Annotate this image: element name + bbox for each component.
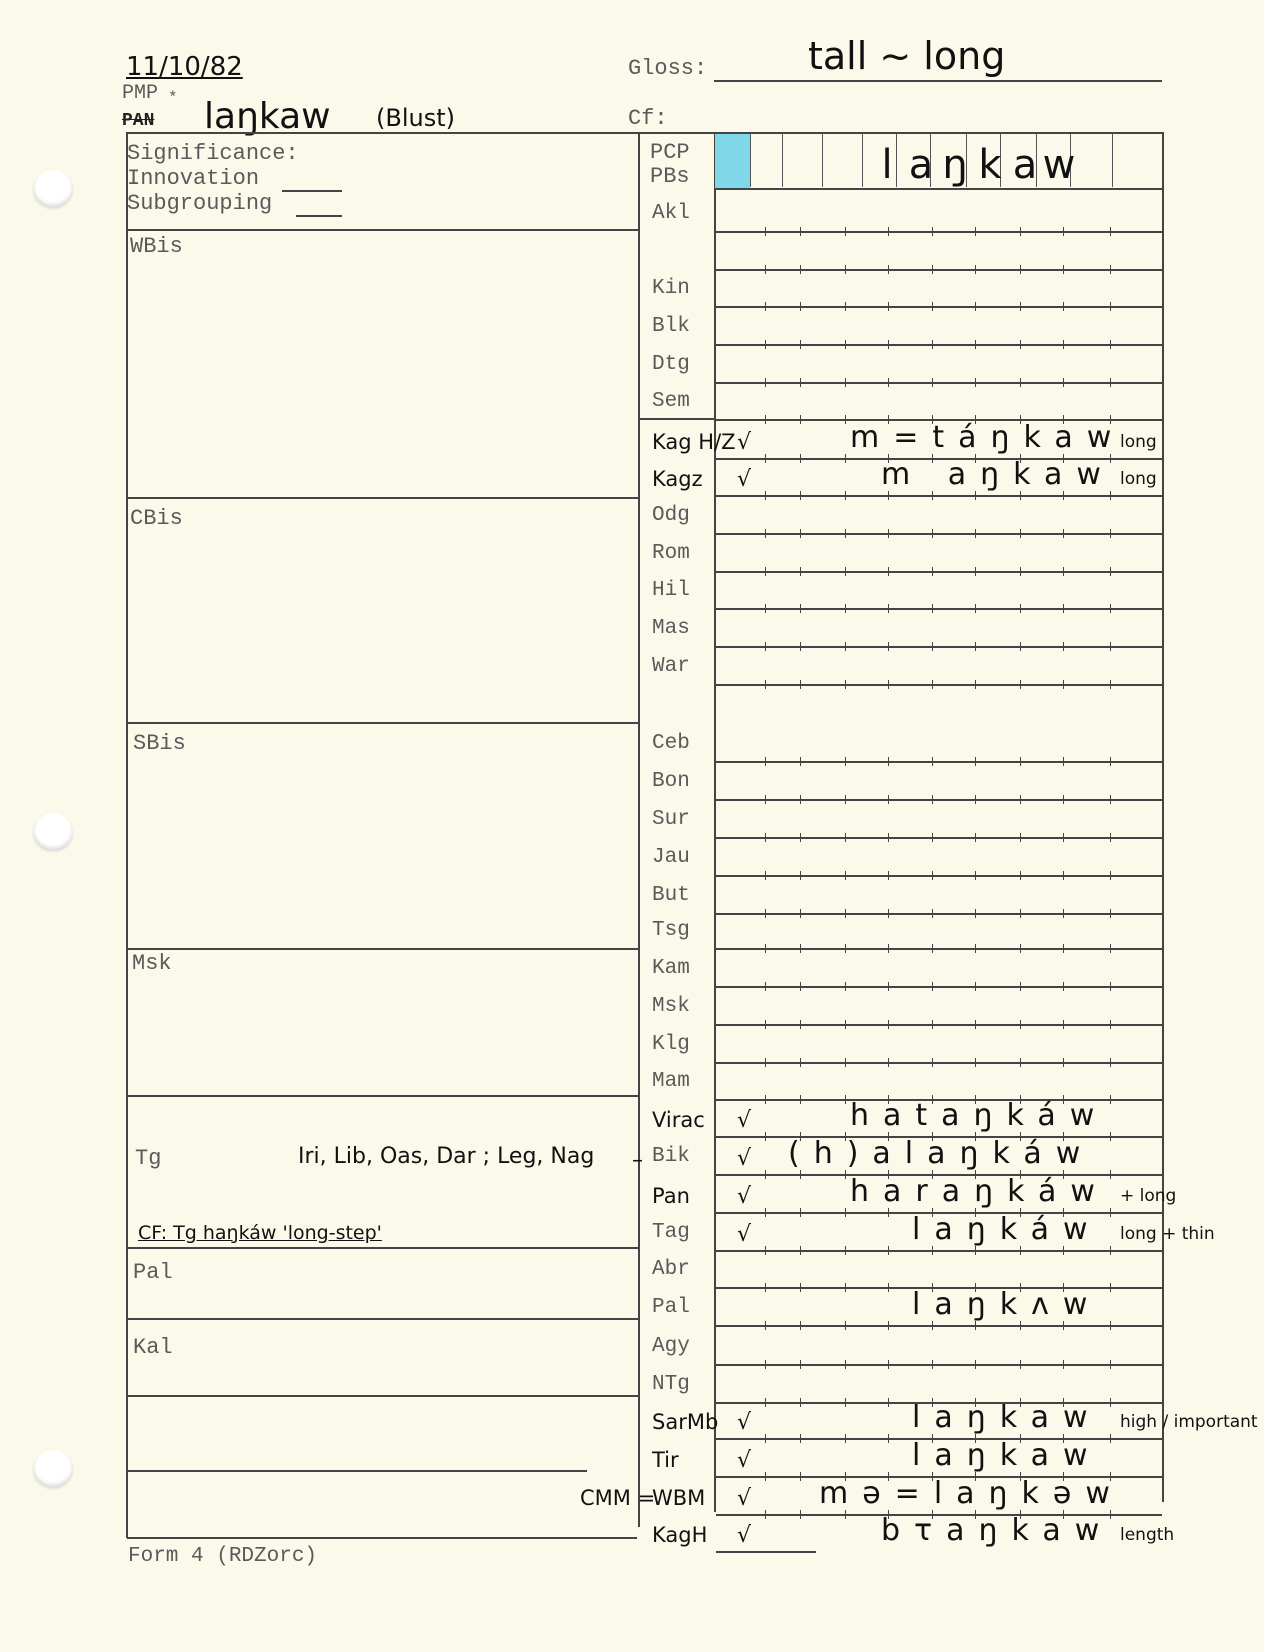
innovation-label: Innovation (127, 168, 259, 190)
section-divider (127, 497, 638, 499)
group-label-sbis: SBis (133, 733, 186, 755)
ruled-tick (888, 1246, 889, 1255)
ruled-tick (888, 227, 889, 236)
ruled-tick (845, 982, 846, 991)
ruled-tick (800, 1170, 801, 1179)
ruled-tick (1020, 757, 1021, 766)
ruled-tick (1063, 642, 1064, 651)
ruled-tick (932, 1360, 933, 1369)
form-bottom-border (127, 1537, 637, 1539)
ruled-tick (888, 529, 889, 538)
ruled-tick (1110, 567, 1111, 576)
ruled-tick (888, 491, 889, 500)
ruled-tick (975, 1058, 976, 1067)
check-mark-icon: √ (737, 1108, 751, 1133)
entry-ruled-line (716, 608, 1162, 610)
ruled-tick (888, 302, 889, 311)
ruled-tick (800, 833, 801, 842)
ruled-tick (932, 227, 933, 236)
check-mark-icon: √ (737, 430, 751, 455)
language-code: Kin (652, 278, 690, 299)
ruled-tick (1110, 491, 1111, 500)
ruled-tick (1020, 1321, 1021, 1330)
proto-letter: ŋ (938, 142, 972, 188)
ruled-tick (800, 982, 801, 991)
ruled-tick (932, 340, 933, 349)
check-mark-icon: √ (737, 467, 751, 492)
reflex-form: mə=laŋkəw (819, 1476, 1124, 1511)
check-mark-icon: √ (737, 1448, 751, 1473)
ruled-tick (800, 529, 801, 538)
entry-ruled-line (716, 837, 1162, 839)
ruled-tick (800, 265, 801, 274)
ruled-tick (845, 642, 846, 651)
ruled-tick (1063, 340, 1064, 349)
check-mark-icon: √ (737, 1523, 751, 1548)
entry-ruled-line (716, 1024, 1162, 1026)
reflex-gloss: long + thin (1120, 1224, 1215, 1244)
ruled-tick (888, 1398, 889, 1407)
ruled-tick (800, 1434, 801, 1443)
ruled-tick (975, 1360, 976, 1369)
ruled-tick (765, 757, 766, 766)
proto-cell-divider (822, 133, 823, 187)
section-divider (127, 1470, 587, 1472)
language-code: Hil (652, 580, 690, 601)
ruled-tick (932, 909, 933, 918)
proto-level-struck: PAN (122, 112, 154, 130)
ruled-tick (800, 909, 801, 918)
ruled-tick (765, 982, 766, 991)
ruled-tick (975, 982, 976, 991)
ruled-tick (845, 795, 846, 804)
ruled-tick (1063, 680, 1064, 689)
ruled-tick (1110, 1132, 1111, 1141)
language-column-divider (714, 132, 716, 1512)
ruled-tick (845, 871, 846, 880)
ruled-tick (1110, 944, 1111, 953)
ruled-tick (975, 529, 976, 538)
ruled-tick (845, 567, 846, 576)
language-code: Tir (652, 1448, 679, 1472)
form-right-border (1162, 132, 1164, 1502)
entry-ruled-line (716, 986, 1162, 988)
ruled-tick (1063, 757, 1064, 766)
check-mark-icon: √ (737, 1184, 751, 1209)
ruled-tick (1110, 680, 1111, 689)
hole-punch (33, 813, 73, 851)
entry-ruled-line (716, 495, 1162, 497)
ruled-tick (765, 227, 766, 236)
ruled-tick (800, 302, 801, 311)
ruled-tick (1110, 871, 1111, 880)
ruled-tick (932, 1321, 933, 1330)
ruled-tick (888, 378, 889, 387)
gloss-label: Gloss: (628, 58, 707, 80)
ruled-tick (765, 1283, 766, 1292)
ruled-tick (1110, 1058, 1111, 1067)
ruled-tick (888, 944, 889, 953)
ruled-tick (765, 1058, 766, 1067)
ruled-tick (845, 1510, 846, 1519)
entry-ruled-line (716, 231, 1162, 233)
ruled-tick (800, 227, 801, 236)
ruled-tick (800, 642, 801, 651)
ruled-tick (932, 529, 933, 538)
group-label-cbis: CBis (130, 508, 183, 530)
ruled-tick (1063, 909, 1064, 918)
language-prefix-note: CMM = (580, 1486, 655, 1510)
ruled-tick (800, 454, 801, 463)
ruled-tick (1020, 642, 1021, 651)
tg-dialect-note: Iri, Lib, Oas, Dar ; Leg, Nag (298, 1144, 594, 1169)
proto-letter: l (870, 142, 904, 188)
ruled-tick (1020, 227, 1021, 236)
ruled-tick (888, 265, 889, 274)
ruled-tick (765, 1020, 766, 1029)
proto-letter: w (1042, 142, 1076, 188)
ruled-tick (975, 833, 976, 842)
ruled-tick (932, 604, 933, 613)
reflex-form: laŋkáw (912, 1212, 1102, 1247)
ruled-tick (800, 604, 801, 613)
ruled-tick (1020, 604, 1021, 613)
ruled-tick (1110, 1434, 1111, 1443)
ruled-tick (1110, 1321, 1111, 1330)
ruled-tick (845, 680, 846, 689)
ruled-tick (1020, 529, 1021, 538)
ruled-tick (845, 1170, 846, 1179)
language-code: SarMb (652, 1410, 718, 1434)
section-divider (638, 418, 716, 420)
ruled-tick (1020, 795, 1021, 804)
reconstruction: laŋkaw (204, 96, 331, 137)
ruled-tick (888, 757, 889, 766)
ruled-tick (765, 795, 766, 804)
ruled-tick (765, 1360, 766, 1369)
ruled-tick (845, 491, 846, 500)
language-code: Akl (652, 203, 690, 224)
ruled-tick (845, 944, 846, 953)
language-code: Blk (652, 316, 690, 337)
language-code: Mam (652, 1071, 690, 1092)
ruled-tick (765, 909, 766, 918)
ruled-tick (932, 680, 933, 689)
group-label-tg: Tg (135, 1148, 161, 1170)
proto-form: laŋkaw (870, 142, 1076, 188)
ruled-tick (845, 604, 846, 613)
reflex-gloss: + long (1120, 1186, 1176, 1206)
attribution: (Blust) (376, 104, 455, 132)
ruled-tick (765, 378, 766, 387)
ruled-tick (1063, 529, 1064, 538)
ruled-tick (800, 1472, 801, 1481)
ruled-tick (845, 833, 846, 842)
ruled-tick (845, 1246, 846, 1255)
ruled-tick (1020, 680, 1021, 689)
reflex-form: m aŋkaw (881, 457, 1115, 492)
ruled-tick (1110, 1095, 1111, 1104)
ruled-tick (975, 265, 976, 274)
ruled-tick (1063, 1360, 1064, 1369)
entry-ruled-line (716, 913, 1162, 915)
reflex-form: m=táŋkaw (850, 420, 1125, 455)
language-code: Sem (652, 391, 690, 412)
subgrouping-blank[interactable] (296, 215, 342, 217)
ruled-tick (765, 1095, 766, 1104)
gloss-value: tall ~ long (808, 34, 1005, 78)
entry-ruled-line (716, 875, 1162, 877)
tg-cf-note: CF: Tg haŋkáw 'long-step' (138, 1222, 382, 1244)
ruled-tick (1110, 529, 1111, 538)
ruled-tick (1020, 1058, 1021, 1067)
ruled-tick (932, 265, 933, 274)
ruled-tick (975, 302, 976, 311)
ruled-tick (845, 1208, 846, 1217)
group-label-pal: Pal (133, 1262, 173, 1284)
bracket-dash: – (632, 1148, 643, 1173)
section-divider (127, 1318, 638, 1320)
ruled-tick (975, 1321, 976, 1330)
reflex-form: hataŋkáw (850, 1098, 1108, 1133)
ruled-tick (800, 378, 801, 387)
ruled-tick (765, 642, 766, 651)
reflex-form: haraŋkáw (850, 1174, 1109, 1209)
ruled-tick (1110, 757, 1111, 766)
language-code: Kam (652, 958, 690, 979)
ruled-tick (765, 1398, 766, 1407)
ruled-tick (975, 491, 976, 500)
ruled-tick (1020, 378, 1021, 387)
section-divider (127, 722, 638, 724)
ruled-tick (800, 1283, 801, 1292)
ruled-tick (888, 1321, 889, 1330)
language-code: Dtg (652, 354, 690, 375)
proto-row-top (1070, 132, 1072, 134)
section-divider (127, 948, 638, 950)
ruled-tick (932, 944, 933, 953)
ruled-tick (765, 604, 766, 613)
ruled-tick (1110, 227, 1111, 236)
proto-letter: k (972, 142, 1008, 188)
reflex-gloss: long (1120, 469, 1157, 489)
ruled-tick (1020, 1020, 1021, 1029)
ruled-tick (845, 1360, 846, 1369)
ruled-tick (845, 909, 846, 918)
language-code: Virac (652, 1108, 705, 1132)
ruled-tick (1063, 227, 1064, 236)
proto-cell-divider (750, 133, 751, 187)
ruled-tick (1110, 642, 1111, 651)
reflex-gloss: high / important (1120, 1412, 1258, 1432)
ruled-tick (1020, 944, 1021, 953)
entry-ruled-line (716, 1062, 1162, 1064)
group-label-msk: Msk (132, 953, 172, 975)
ruled-tick (975, 680, 976, 689)
ruled-tick (932, 833, 933, 842)
check-mark-icon: √ (737, 1222, 751, 1247)
ruled-tick (1063, 491, 1064, 500)
asterisk: * (168, 90, 178, 106)
ruled-tick (845, 529, 846, 538)
ruled-tick (888, 871, 889, 880)
ruled-tick (888, 1434, 889, 1443)
proto-label-pcp: PCP (650, 142, 690, 164)
proto-label-pbs: PBs (650, 166, 690, 188)
ruled-tick (1020, 491, 1021, 500)
ruled-tick (765, 302, 766, 311)
ruled-tick (765, 1472, 766, 1481)
entry-ruled-line (716, 344, 1162, 346)
ruled-tick (932, 642, 933, 651)
ruled-tick (932, 982, 933, 991)
language-code: War (652, 656, 690, 677)
subgrouping-label: Subgrouping (127, 193, 272, 215)
language-code: Pal (652, 1297, 690, 1318)
ruled-tick (800, 1208, 801, 1217)
ruled-tick (975, 944, 976, 953)
ruled-tick (800, 415, 801, 424)
language-code: But (652, 885, 690, 906)
ruled-tick (1110, 982, 1111, 991)
ruled-tick (888, 1058, 889, 1067)
ruled-tick (975, 604, 976, 613)
reflex-gloss: long (1120, 432, 1157, 452)
ruled-tick (765, 944, 766, 953)
ruled-tick (845, 415, 846, 424)
ruled-tick (1063, 795, 1064, 804)
language-code: Rom (652, 543, 690, 564)
ruled-tick (888, 340, 889, 349)
ruled-tick (975, 909, 976, 918)
ruled-tick (932, 1020, 933, 1029)
ruled-tick (1110, 378, 1111, 387)
ruled-tick (1063, 1058, 1064, 1067)
ruled-tick (845, 757, 846, 766)
ruled-tick (800, 491, 801, 500)
entry-ruled-line (716, 1364, 1162, 1366)
reflex-form: laŋkʌw (912, 1287, 1101, 1322)
ruled-tick (800, 340, 801, 349)
ruled-tick (1063, 604, 1064, 613)
entry-ruled-line (716, 646, 1162, 648)
proto-highlight-cell (715, 134, 750, 188)
ruled-tick (845, 302, 846, 311)
ruled-tick (765, 1132, 766, 1141)
ruled-tick (1110, 909, 1111, 918)
entry-ruled-line (716, 1325, 1162, 1327)
ruled-tick (800, 1321, 801, 1330)
language-code: NTg (652, 1374, 690, 1395)
proto-level-label: PMP (122, 84, 158, 104)
ruled-tick (1110, 604, 1111, 613)
ruled-tick (932, 757, 933, 766)
cf-label: Cf: (628, 108, 668, 130)
ruled-tick (765, 265, 766, 274)
form-label: Form 4 (RDZorc) (128, 1546, 317, 1567)
ruled-tick (1063, 1020, 1064, 1029)
ruled-tick (765, 454, 766, 463)
entry-ruled-line (716, 382, 1162, 384)
form-top-border (127, 132, 1163, 134)
ruled-tick (765, 529, 766, 538)
ruled-tick (932, 1058, 933, 1067)
check-mark-icon: √ (737, 1486, 751, 1511)
ruled-tick (845, 378, 846, 387)
entry-ruled-line (716, 948, 1162, 950)
ruled-tick (765, 680, 766, 689)
ruled-tick (975, 340, 976, 349)
ruled-tick (765, 1246, 766, 1255)
ruled-tick (888, 1020, 889, 1029)
ruled-tick (845, 1283, 846, 1292)
ruled-tick (932, 1246, 933, 1255)
ruled-tick (1063, 1246, 1064, 1255)
ruled-tick (800, 757, 801, 766)
ruled-tick (1020, 833, 1021, 842)
language-code: Pan (652, 1184, 690, 1208)
reflex-form: bτaŋkaw (881, 1513, 1113, 1548)
ruled-tick (975, 642, 976, 651)
language-code: Agy (652, 1336, 690, 1357)
ruled-tick (765, 1321, 766, 1330)
ruled-tick (1063, 378, 1064, 387)
language-code: Abr (652, 1259, 690, 1280)
ruled-tick (845, 227, 846, 236)
ruled-tick (1063, 871, 1064, 880)
ruled-tick (1020, 1246, 1021, 1255)
ruled-tick (888, 795, 889, 804)
ruled-tick (845, 454, 846, 463)
ruled-tick (800, 795, 801, 804)
group-label-wbis: WBis (130, 236, 183, 258)
ruled-tick (765, 567, 766, 576)
ruled-tick (845, 1095, 846, 1104)
ruled-tick (888, 1360, 889, 1369)
ruled-tick (888, 1208, 889, 1217)
ruled-tick (1110, 265, 1111, 274)
ruled-tick (975, 227, 976, 236)
significance-title: Significance: (127, 143, 299, 165)
date: 11/10/82 (126, 52, 243, 82)
innovation-blank[interactable] (282, 190, 342, 192)
language-code: Klg (652, 1034, 690, 1055)
language-code: Ceb (652, 733, 690, 754)
proto-letter: a (904, 142, 938, 188)
ruled-tick (888, 567, 889, 576)
ruled-tick (975, 795, 976, 804)
ruled-tick (1110, 1246, 1111, 1255)
ruled-tick (975, 757, 976, 766)
ruled-tick (800, 1246, 801, 1255)
ruled-tick (845, 1321, 846, 1330)
ruled-tick (800, 1510, 801, 1519)
proto-cell-divider (782, 133, 783, 187)
ruled-tick (845, 1058, 846, 1067)
ruled-tick (932, 491, 933, 500)
ruled-tick (1020, 302, 1021, 311)
ruled-tick (932, 567, 933, 576)
language-code: Tsg (652, 920, 690, 941)
ruled-tick (800, 567, 801, 576)
ruled-tick (845, 340, 846, 349)
hole-punch (33, 1450, 73, 1488)
ruled-tick (1063, 567, 1064, 576)
ruled-tick (1110, 1398, 1111, 1407)
ruled-tick (1020, 1360, 1021, 1369)
hole-punch (33, 170, 73, 208)
ruled-tick (800, 1058, 801, 1067)
